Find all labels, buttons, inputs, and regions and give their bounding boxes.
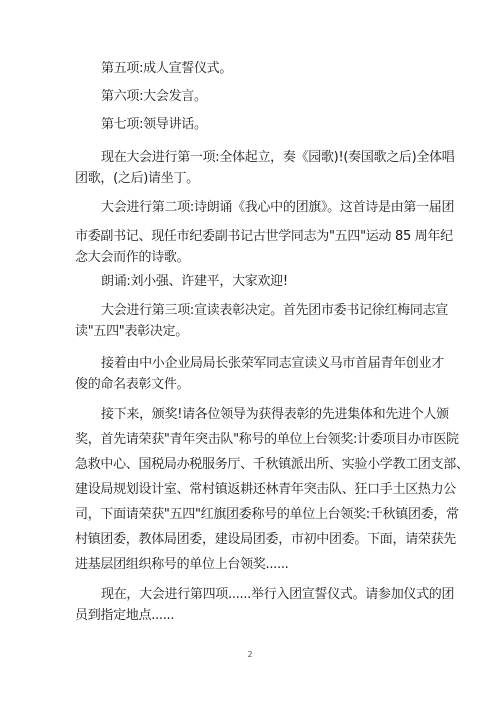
paragraph-line: 市委副书记、现任市纪委副书记古世学同志为"五四"运动 85 周年纪 xyxy=(75,229,453,245)
agenda-item-6: 第六项:大会发言。 xyxy=(101,89,207,105)
paragraph-line: 建设局规划设计室、常村镇返耕还林青年突击队、狂口手土区热力公 xyxy=(75,482,456,498)
paragraph-line: 团歌，(之后)请坐丁。 xyxy=(75,171,199,187)
paragraph-line: 大会进行第三项:宣读表彰决定。首先团市委书记徐红梅同志宣 xyxy=(101,303,448,319)
paragraph-line: 村镇团委，教体局团委，建设局团委，市初中团委。下面，请荣获先 xyxy=(75,532,456,548)
paragraph-line: 接着由中小企业局局长张荣军同志宣读义马市首届青年创业才 xyxy=(101,356,444,372)
paragraph-line: 俊的命名表彰文件。 xyxy=(75,377,189,393)
paragraph-line: 现在大会进行第一项:全体起立，奏《园歌)!(奏国歌之后)全体唱 xyxy=(101,150,455,166)
document-page: 第五项:成人宣誓仪式。 第六项:大会发言。 第七项:领导讲话。 现在大会进行第一… xyxy=(0,0,500,707)
agenda-item-7: 第七项:领导讲话。 xyxy=(101,117,207,133)
page-number: 2 xyxy=(0,650,500,659)
agenda-item-5: 第五项:成人宣誓仪式。 xyxy=(101,61,232,77)
paragraph-line: 接下来，颁奖!请各位领导为获得表彰的先进集体和先进个人颁 xyxy=(101,407,449,423)
paragraph-line: 念大会而作的诗歌。 xyxy=(75,250,189,266)
paragraph-line: 读"五四"表彰决定。 xyxy=(75,324,188,340)
paragraph-line: 司，下面请荣获"五四"红旗团委称号的单位上台领奖:千秋镇团委，常 xyxy=(75,507,459,523)
paragraph-line: 员到指定地点...... xyxy=(75,608,174,624)
paragraph-line: 急救中心、国税局办税服务厅、千秋镇派出所、实验小学教工团支部、 xyxy=(75,457,469,473)
paragraph-line: 现在，大会进行第四项......举行入团宣誓仪式。请参加仪式的团 xyxy=(101,587,454,603)
paragraph-line: 奖，首先请荣获"青年突击队"称号的单位上台领奖:计委项目办市医院 xyxy=(75,432,459,448)
paragraph-line: 大会进行第二项:诗朗诵《我心中的团旗》。这首诗是由第一届团 xyxy=(101,200,454,216)
paragraph-line: 朗诵:刘小强、许建平，大家欢迎! xyxy=(101,274,288,290)
paragraph-line: 进基层团组织称号的单位上台领奖...... xyxy=(75,557,289,573)
